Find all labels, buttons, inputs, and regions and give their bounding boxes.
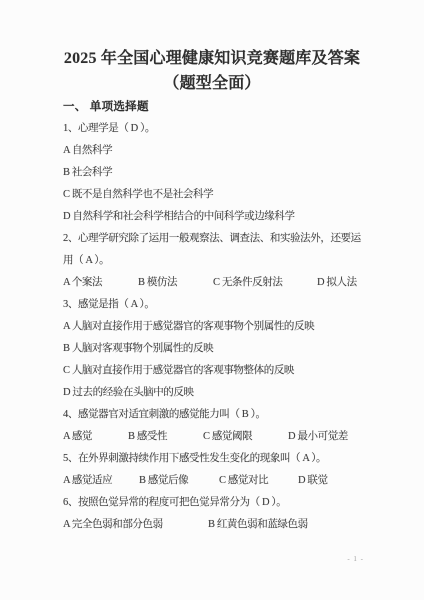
question-text: 6、按照色觉异常的程度可把色觉异常分为（ D ）。 <box>63 492 365 514</box>
document-page: 2025 年全国心理健康知识竞赛题库及答案 （题型全面） 一、 单项选择题 1、… <box>0 0 424 600</box>
option-a: A 自然科学 <box>63 140 365 162</box>
document-title: 2025 年全国心理健康知识竞赛题库及答案 （题型全面） <box>59 46 365 96</box>
document-title-line2: （题型全面） <box>59 71 365 96</box>
option-d: D 自然科学和社会科学相结合的中间科学或边缘科学 <box>63 206 365 228</box>
option-b: B 社会科学 <box>63 162 365 184</box>
option-d: D 拟人法 <box>317 272 365 294</box>
option-b: B 感受性 <box>128 426 203 448</box>
page-number: - 1 - <box>347 555 364 563</box>
option-c: C 人脑对直接作用于感觉器官的客观事物整体的反映 <box>63 360 365 382</box>
option-b: B 感觉后像 <box>139 470 219 492</box>
option-a: A 个案法 <box>63 272 138 294</box>
option-a: A 完全色弱和部分色弱 <box>63 514 208 536</box>
options-row: A 感觉 B 感受性 C 感觉阈限 D 最小可觉差 <box>63 426 365 448</box>
option-d: D 联觉 <box>298 470 365 492</box>
option-b: B 模仿法 <box>138 272 213 294</box>
question-text: 4、感觉器官对适宜刺激的感觉能力叫（ B ）。 <box>63 404 365 426</box>
options-row: A 个案法 B 模仿法 C 无条件反射法 D 拟人法 <box>63 272 365 294</box>
question-block: 5、在外界刺激持续作用下感受性发生变化的现象叫（ A ）。 A 感觉适应 B 感… <box>63 448 365 492</box>
question-text: 3、感觉是指（ A ）。 <box>63 294 365 316</box>
option-d: D 过去的经验在头脑中的反映 <box>63 382 365 404</box>
option-a: A 人脑对直接作用于感觉器官的客观事物个别属性的反映 <box>63 316 365 338</box>
question-block: 3、感觉是指（ A ）。 A 人脑对直接作用于感觉器官的客观事物个别属性的反映 … <box>63 294 365 404</box>
option-a: A 感觉适应 <box>63 470 139 492</box>
question-block: 4、感觉器官对适宜刺激的感觉能力叫（ B ）。 A 感觉 B 感受性 C 感觉阈… <box>63 404 365 448</box>
option-c: C 既不是自然科学也不是社会科学 <box>63 184 365 206</box>
question-block: 1、心理学是（ D ）。 A 自然科学 B 社会科学 C 既不是自然科学也不是社… <box>63 118 365 228</box>
options-row: A 感觉适应 B 感觉后像 C 感觉对比 D 联觉 <box>63 470 365 492</box>
option-d: D 最小可觉差 <box>288 426 365 448</box>
option-a: A 感觉 <box>63 426 128 448</box>
question-block: 6、按照色觉异常的程度可把色觉异常分为（ D ）。 A 完全色弱和部分色弱 B … <box>63 492 365 536</box>
question-block: 2、心理学研究除了运用一般观察法、调查法、和实验法外，还要运用（ A ）。 A … <box>63 228 365 294</box>
section-heading: 一、 单项选择题 <box>63 96 365 118</box>
option-c: C 感觉对比 <box>219 470 298 492</box>
question-text: 5、在外界刺激持续作用下感受性发生变化的现象叫（ A ）。 <box>63 448 365 470</box>
question-text: 1、心理学是（ D ）。 <box>63 118 365 140</box>
options-row: A 完全色弱和部分色弱 B 红黄色弱和蓝绿色弱 <box>63 514 365 536</box>
question-text: 2、心理学研究除了运用一般观察法、调查法、和实验法外，还要运用（ A ）。 <box>63 228 365 272</box>
document-title-line1: 2025 年全国心理健康知识竞赛题库及答案 <box>59 46 365 71</box>
option-b: B 红黄色弱和蓝绿色弱 <box>208 514 365 536</box>
option-c: C 感觉阈限 <box>203 426 288 448</box>
option-c: C 无条件反射法 <box>213 272 317 294</box>
option-b: B 人脑对客观事物个别属性的反映 <box>63 338 365 360</box>
